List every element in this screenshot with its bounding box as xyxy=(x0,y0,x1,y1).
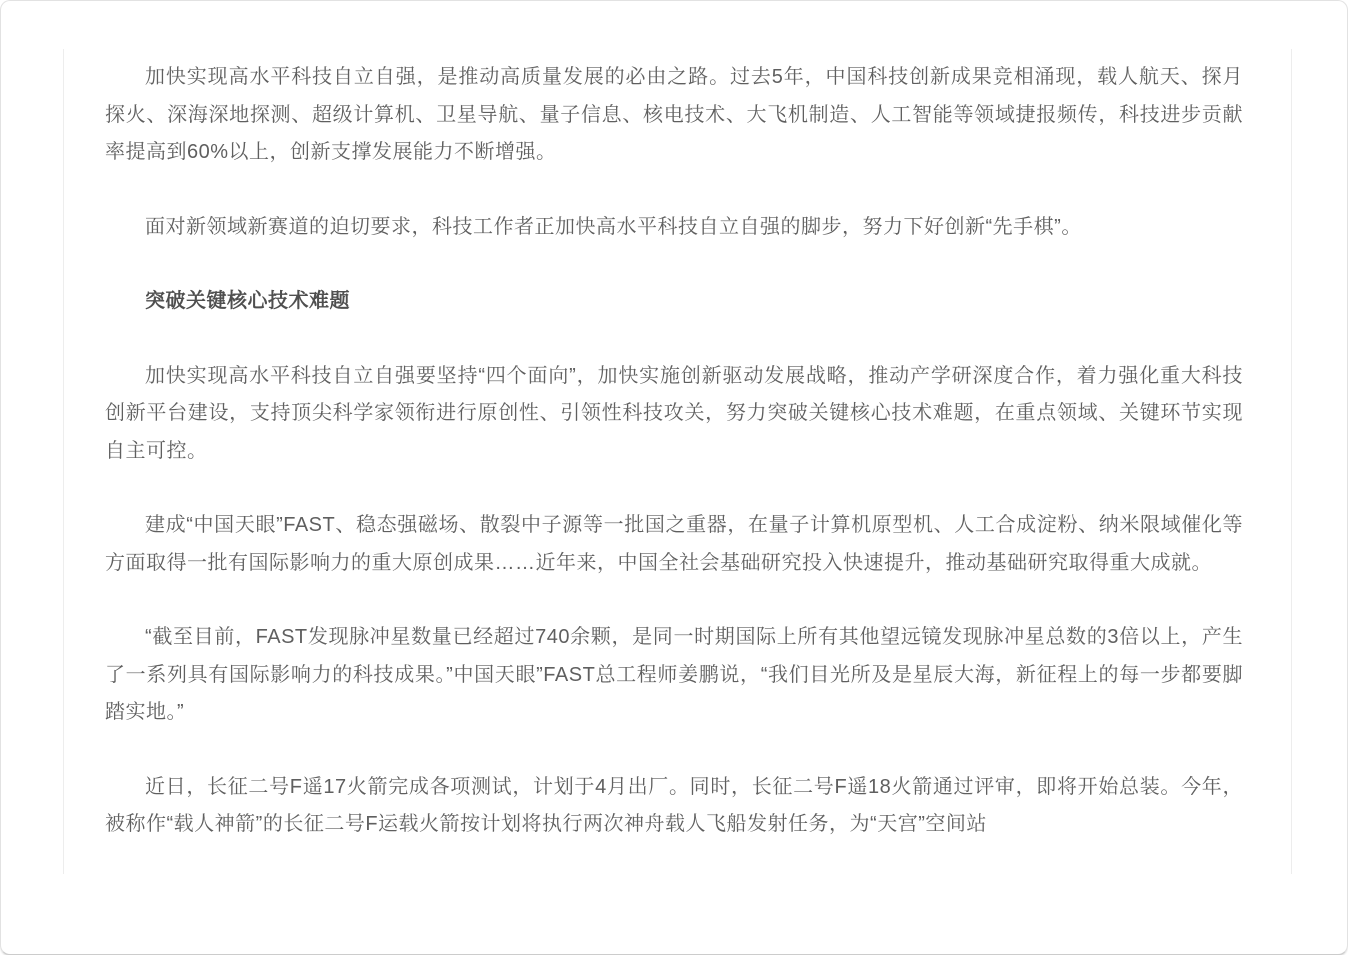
article-paragraph: 加快实现高水平科技自立自强要坚持“四个面向”，加快实施创新驱动发展战略，推动产学… xyxy=(105,358,1243,471)
article-paragraph: 加快实现高水平科技自立自强，是推动高质量发展的必由之路。过去5年，中国科技创新成… xyxy=(105,59,1243,172)
article-paragraph: “截至目前，FAST发现脉冲星数量已经超过740余颗，是同一时期国际上所有其他望… xyxy=(105,619,1243,732)
section-heading: 突破关键核心技术难题 xyxy=(105,283,1243,321)
article-page: 加快实现高水平科技自立自强，是推动高质量发展的必由之路。过去5年，中国科技创新成… xyxy=(0,0,1348,955)
article-paragraph: 近日，长征二号F遥17火箭完成各项测试，计划于4月出厂。同时，长征二号F遥18火… xyxy=(105,769,1243,844)
article-paragraph: 面对新领域新赛道的迫切要求，科技工作者正加快高水平科技自立自强的脚步，努力下好创… xyxy=(105,209,1243,247)
article-content: 加快实现高水平科技自立自强，是推动高质量发展的必由之路。过去5年，中国科技创新成… xyxy=(63,49,1292,874)
article-paragraph: 建成“中国天眼”FAST、稳态强磁场、散裂中子源等一批国之重器，在量子计算机原型… xyxy=(105,507,1243,582)
